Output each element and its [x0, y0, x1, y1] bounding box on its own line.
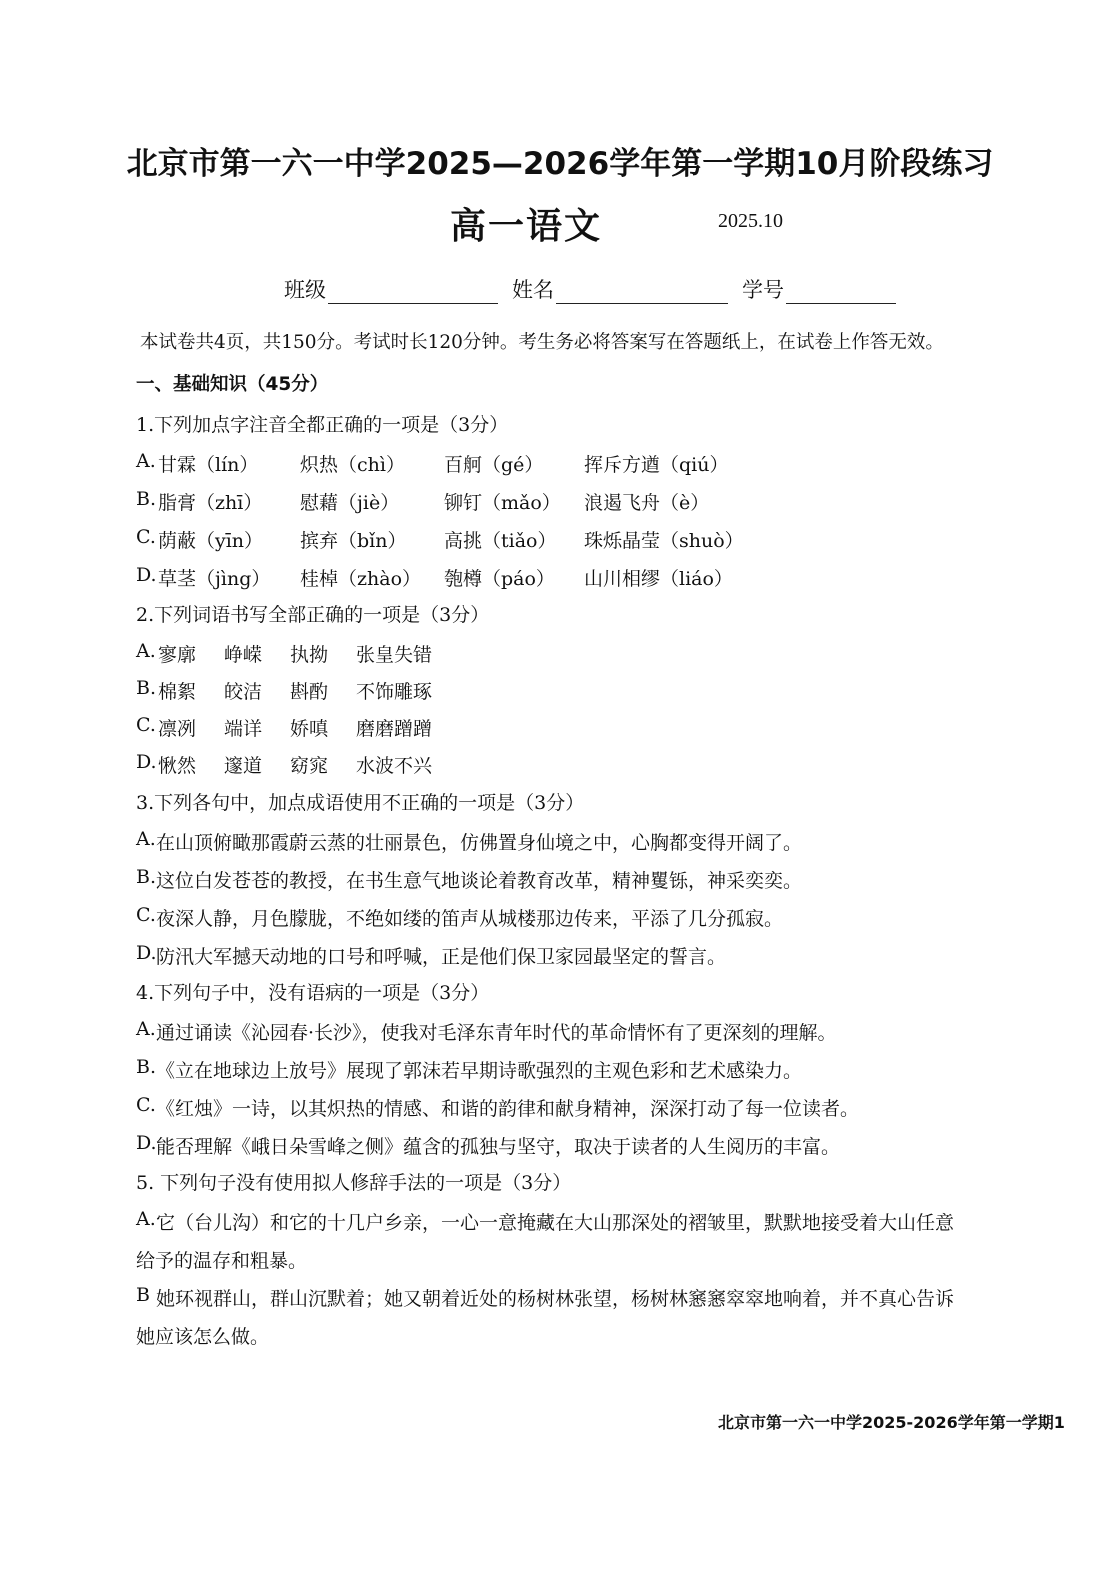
- class-blank[interactable]: [328, 281, 498, 304]
- name-field[interactable]: 姓名: [512, 274, 728, 304]
- instructions: 本试卷共4页，共150分。考试时长120分钟。考生务必将答案写在答题纸上，在试卷…: [140, 330, 944, 356]
- question-4-stem: 4.下列句子中，没有语病的一项是（3分）: [136, 980, 489, 1006]
- student-info-fields: 班级 姓名 学号: [284, 274, 910, 304]
- exam-date: 2025.10: [718, 210, 783, 233]
- name-label: 姓名: [512, 274, 554, 304]
- subject-title: 高一语文: [450, 198, 602, 249]
- subtitle-row: 高一语文 2025.10: [0, 198, 1120, 248]
- page-footer: 北京市第一六一中学2025-2026学年第一学期1: [718, 1410, 1065, 1433]
- exam-title: 北京市第一六一中学2025—2026学年第一学期10月阶段练习: [0, 138, 1120, 183]
- question-2-stem: 2.下列词语书写全部正确的一项是（3分）: [136, 602, 489, 628]
- class-field[interactable]: 班级: [284, 274, 498, 304]
- student-id-label: 学号: [742, 274, 784, 304]
- student-id-field[interactable]: 学号: [742, 274, 896, 304]
- name-blank[interactable]: [556, 281, 728, 304]
- class-label: 班级: [284, 274, 326, 304]
- question-5-stem: 5. 下列句子没有使用拟人修辞手法的一项是（3分）: [136, 1170, 571, 1196]
- student-id-blank[interactable]: [786, 281, 896, 304]
- section-heading: 一、基础知识（45分）: [136, 372, 328, 398]
- question-3-stem: 3.下列各句中，加点成语使用不正确的一项是（3分）: [136, 790, 584, 816]
- exam-page: 北京市第一六一中学2025—2026学年第一学期10月阶段练习 高一语文 202…: [0, 0, 1120, 1584]
- question-1-stem: 1.下列加点字注音全都正确的一项是（3分）: [136, 412, 508, 438]
